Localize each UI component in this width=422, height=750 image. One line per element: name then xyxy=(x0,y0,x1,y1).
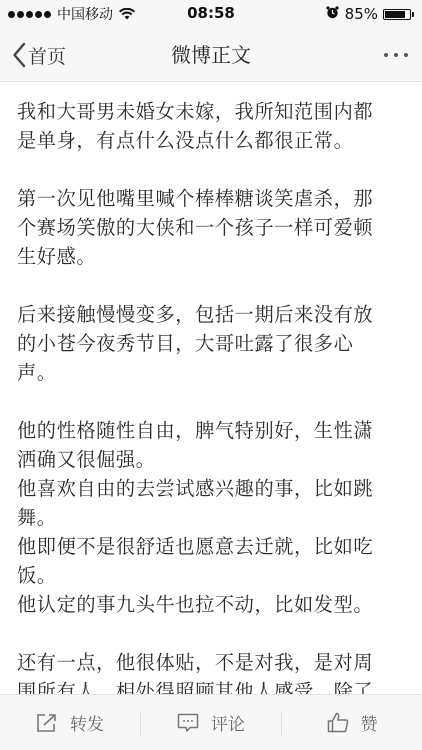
text-line: 他即便不是很舒适也愿意去迁就，比如吃 xyxy=(17,532,406,561)
paragraph: 后来接触慢慢变多，包括一期后来没有放 的小苍今夜秀节目，大哥吐露了很多心 声。 xyxy=(17,300,406,387)
text-line: 声。 xyxy=(17,358,406,387)
text-line: 后来接触慢慢变多，包括一期后来没有放 xyxy=(17,300,406,329)
text-line: 围所有人，相处得照顾其他人感受，除了 xyxy=(17,677,406,694)
status-bar: 中国移动 08:58 85% xyxy=(0,0,422,28)
text-line: 个赛场笑傲的大侠和一个孩子一样可爱顿 xyxy=(17,213,406,242)
paragraph: 还有一点，他很体贴，不是对我，是对周 围所有人，相处得照顾其他人感受，除了 xyxy=(17,648,406,694)
post-body: 我和大哥男未婚女未嫁，我所知范围内都 是单身，有点什么没点什么都很正常。 第一次… xyxy=(0,82,422,694)
text-line: 是单身，有点什么没点什么都很正常。 xyxy=(17,126,406,155)
text-line: 的小苍今夜秀节目，大哥吐露了很多心 xyxy=(17,329,406,358)
post-content-scroll[interactable]: 我和大哥男未婚女未嫁，我所知范围内都 是单身，有点什么没点什么都很正常。 第一次… xyxy=(0,82,422,694)
repost-icon xyxy=(36,713,58,733)
paragraph: 我和大哥男未婚女未嫁，我所知范围内都 是单身，有点什么没点什么都很正常。 xyxy=(17,97,406,155)
bottom-toolbar: 转发 评论 赞 xyxy=(0,694,422,750)
weibo-post-screen: 中国移动 08:58 85% xyxy=(0,0,422,750)
more-dots-icon xyxy=(394,53,398,57)
comment-icon xyxy=(177,713,199,733)
text-line: 饭。 xyxy=(17,561,406,590)
comment-label: 评论 xyxy=(211,710,245,735)
text-line: 他认定的事九头牛也拉不动，比如发型。 xyxy=(17,590,406,619)
battery-icon xyxy=(383,9,411,20)
status-right: 85% xyxy=(326,4,414,24)
thumbs-up-icon xyxy=(327,712,349,733)
text-line: 还有一点，他很体贴，不是对我，是对周 xyxy=(17,648,406,677)
text-line: 第一次见他嘴里喊个棒棒糖谈笑虐杀，那 xyxy=(17,184,406,213)
like-label: 赞 xyxy=(361,710,378,735)
text-line: 生好感。 xyxy=(17,242,406,271)
paragraph: 第一次见他嘴里喊个棒棒糖谈笑虐杀，那 个赛场笑傲的大侠和一个孩子一样可爱顿 生好… xyxy=(17,184,406,271)
text-line: 他的性格随性自由，脾气特别好，生性潇 xyxy=(17,416,406,445)
more-dots-icon xyxy=(384,53,388,57)
battery-percent: 85% xyxy=(345,5,378,23)
battery-tip xyxy=(412,12,414,17)
more-button[interactable] xyxy=(384,28,408,82)
repost-button[interactable]: 转发 xyxy=(0,695,140,750)
paragraph: 他的性格随性自由，脾气特别好，生性潇 洒确又很倔强。 他喜欢自由的去尝试感兴趣的… xyxy=(17,416,406,619)
more-dots-icon xyxy=(404,53,408,57)
like-button[interactable]: 赞 xyxy=(282,695,422,750)
page-title: 微博正文 xyxy=(0,28,422,82)
text-line: 他喜欢自由的去尝试感兴趣的事，比如跳 xyxy=(17,474,406,503)
nav-bar: 首页 微博正文 xyxy=(0,28,422,82)
text-line: 我和大哥男未婚女未嫁，我所知范围内都 xyxy=(17,97,406,126)
repost-label: 转发 xyxy=(70,710,104,735)
alarm-clock-icon xyxy=(326,5,339,23)
text-line: 舞。 xyxy=(17,503,406,532)
text-line: 洒确又很倔强。 xyxy=(17,445,406,474)
comment-button[interactable]: 评论 xyxy=(141,695,281,750)
